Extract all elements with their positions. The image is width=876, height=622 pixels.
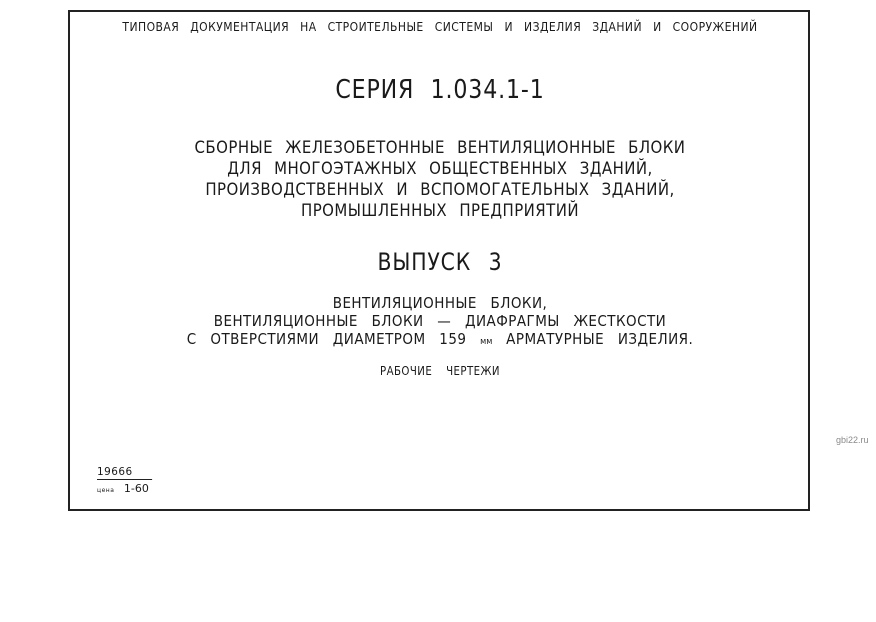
issue-line: С ОТВЕРСТИЯМИ ДИАМЕТРОМ 159 мм АРМАТУРНЫ… xyxy=(107,330,773,351)
title-line: ДЛЯ МНОГОЭТАЖНЫХ ОБЩЕСТВЕННЫХ ЗДАНИЙ, xyxy=(114,159,765,180)
issue-line: ВЕНТИЛЯЦИОННЫЕ БЛОКИ — ДИАФРАГМЫ ЖЕСТКОС… xyxy=(107,312,773,330)
order-stamp: 19666 цена 1-60 xyxy=(97,460,159,495)
issue-description: ВЕНТИЛЯЦИОННЫЕ БЛОКИ, ВЕНТИЛЯЦИОННЫЕ БЛО… xyxy=(70,294,810,351)
document-header: ТИПОВАЯ ДОКУМЕНТАЦИЯ НА СТРОИТЕЛЬНЫЕ СИС… xyxy=(107,20,773,34)
issue-title: ВЫПУСК 3 xyxy=(126,248,755,276)
document-title-block: СБОРНЫЕ ЖЕЛЕЗОБЕТОННЫЕ ВЕНТИЛЯЦИОННЫЕ БЛ… xyxy=(70,138,810,222)
issue-line-suffix: АРМАТУРНЫЕ ИЗДЕЛИЯ. xyxy=(506,330,693,348)
drawings-label: РАБОЧИЕ ЧЕРТЕЖИ xyxy=(126,364,755,378)
title-line: ПРОМЫШЛЕННЫХ ПРЕДПРИЯТИЙ xyxy=(114,201,765,222)
issue-line: ВЕНТИЛЯЦИОННЫЕ БЛОКИ, xyxy=(107,294,773,312)
title-line: ПРОИЗВОДСТВЕННЫХ И ВСПОМОГАТЕЛЬНЫХ ЗДАНИ… xyxy=(114,180,765,201)
order-number: 19666 xyxy=(97,465,152,480)
title-line: СБОРНЫЕ ЖЕЛЕЗОБЕТОННЫЕ ВЕНТИЛЯЦИОННЫЕ БЛ… xyxy=(114,138,765,159)
watermark: gbi22.ru xyxy=(836,435,869,445)
price-label: цена xyxy=(97,487,114,494)
issue-line-unit: мм xyxy=(480,337,492,347)
issue-line-prefix: С ОТВЕРСТИЯМИ ДИАМЕТРОМ 159 xyxy=(187,330,467,348)
series-title: СЕРИЯ 1.034.1-1 xyxy=(126,75,755,105)
price-row: цена 1-60 xyxy=(97,482,159,495)
price-value: 1-60 xyxy=(124,482,149,495)
